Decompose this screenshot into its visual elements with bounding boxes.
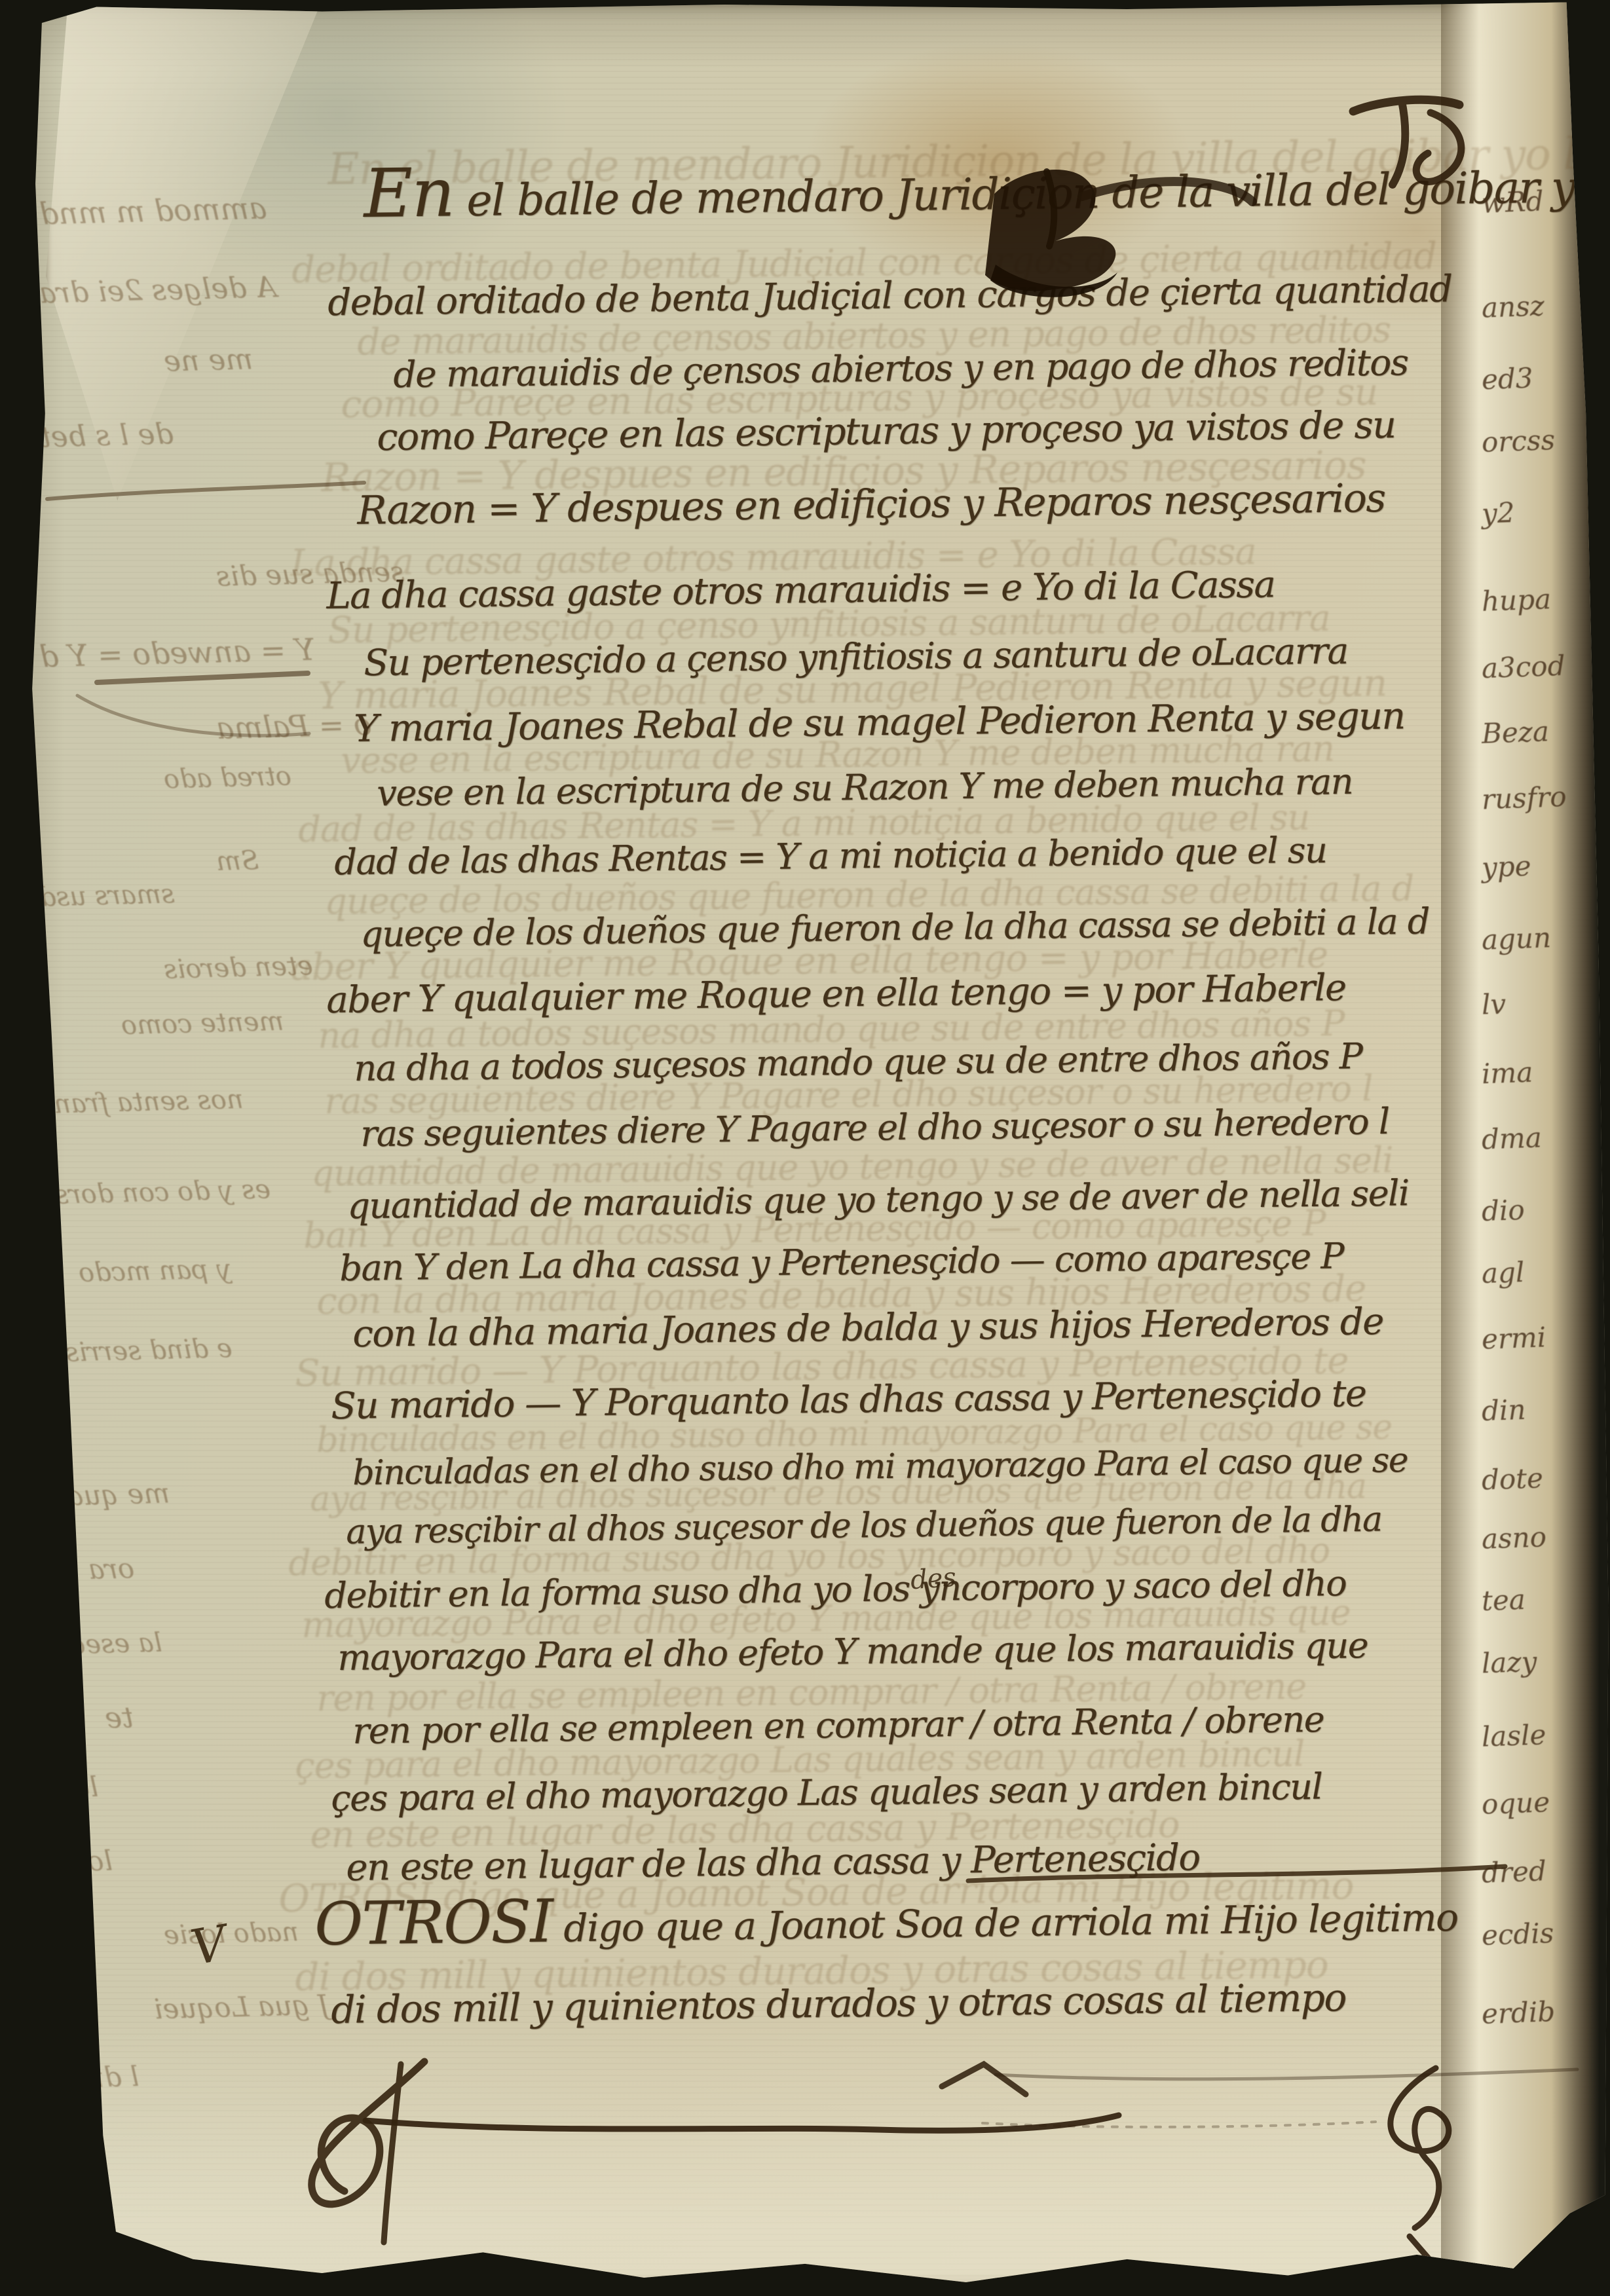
bleedthrough-text: lesti [39,1771,98,1804]
fold-edge-text: ima [1481,1056,1533,1090]
fold-edge-text: ed3 [1481,362,1533,396]
fold-edge-text: lasle [1481,1718,1546,1752]
manuscript-page: ammod m mndA delges 2ei drame nede l s b… [0,0,1610,2296]
rubric-flourish [312,2062,424,2242]
fold-edge-text: ansz [1481,289,1544,324]
line-initial: OTROSI [314,1888,553,1959]
bleedthrough-text: lo sie [39,1845,113,1879]
bleedthrough-text: y pan mcdo [78,1254,231,1288]
bleedthrough-text: me ne [163,343,253,379]
fold-edge-text: y2 [1481,496,1515,530]
bleedthrough-text: te [104,1701,134,1735]
manuscript-photo: ammod m mndA delges 2ei drame nede l s b… [0,0,1610,2296]
bleedthrough-text: otred ado [163,761,291,794]
fold-edge-text: agl [1481,1256,1525,1289]
fold-edge-text: hupa [1481,583,1552,618]
bleedthrough-text: smars usd [39,879,175,912]
bleedthrough-text: e dind serrista [39,1333,233,1369]
line-initial: En [364,154,455,233]
bleedthrough-text: nado losie [163,1917,299,1950]
fold-edge-text: erdib [1481,1995,1556,2030]
bleedthrough-text: ammod m mnd [39,190,267,231]
fold-edge-text: din [1481,1394,1526,1427]
bleedthrough-text: l dred l [39,2060,140,2095]
fold-edge-text: ermi [1481,1321,1546,1355]
fold-edge-text: ype [1481,850,1531,884]
fold-edge-text: a3cod [1481,650,1565,684]
fold-edge-text: ecdis [1481,1917,1554,1952]
bleedthrough-text: nos senta franc [39,1084,244,1120]
bleedthrough-text: mente como [121,1007,284,1041]
fold-edge-text: tea [1481,1583,1526,1617]
margin-strokes [47,483,364,735]
fold-edge-text: wRd [1481,185,1544,219]
interlinear-insertion-text: des [909,1563,957,1596]
paraph-mark [1391,2068,1449,2261]
fold-edge-text: rusfro [1481,781,1567,815]
bottom-underline-stroke [365,2064,1577,2130]
bleedthrough-text: Y = anwedo = Y d [39,631,315,674]
bleedthrough-text: es y do con dorso [39,1174,271,1210]
bleedthrough-text: de l s bet [39,417,174,454]
bleedthrough-text: A delges 2ei dra [39,270,277,310]
bleedthrough-text: Sm [215,845,259,877]
fold-edge-text: asno [1481,1521,1547,1555]
fold-edge-text: lv [1481,988,1507,1020]
fold-edge-text: dma [1481,1121,1542,1155]
bleedthrough-text: ora ms [39,1552,134,1587]
fold-edge-text: dred [1481,1855,1546,1889]
fold-edge-text: oque [1481,1786,1550,1821]
bleedthrough-text: la esecao [39,1628,162,1661]
fold-edge-text: Beza [1481,715,1550,750]
fold-edge-text: orcss [1481,424,1556,458]
bleedthrough-text: me quato [39,1477,170,1512]
fold-edge-text: agun [1481,921,1552,956]
fold-edge-text: dio [1481,1194,1525,1227]
fold-edge-text: lazy [1481,1646,1537,1680]
fold-edge-text: dote [1481,1462,1544,1496]
